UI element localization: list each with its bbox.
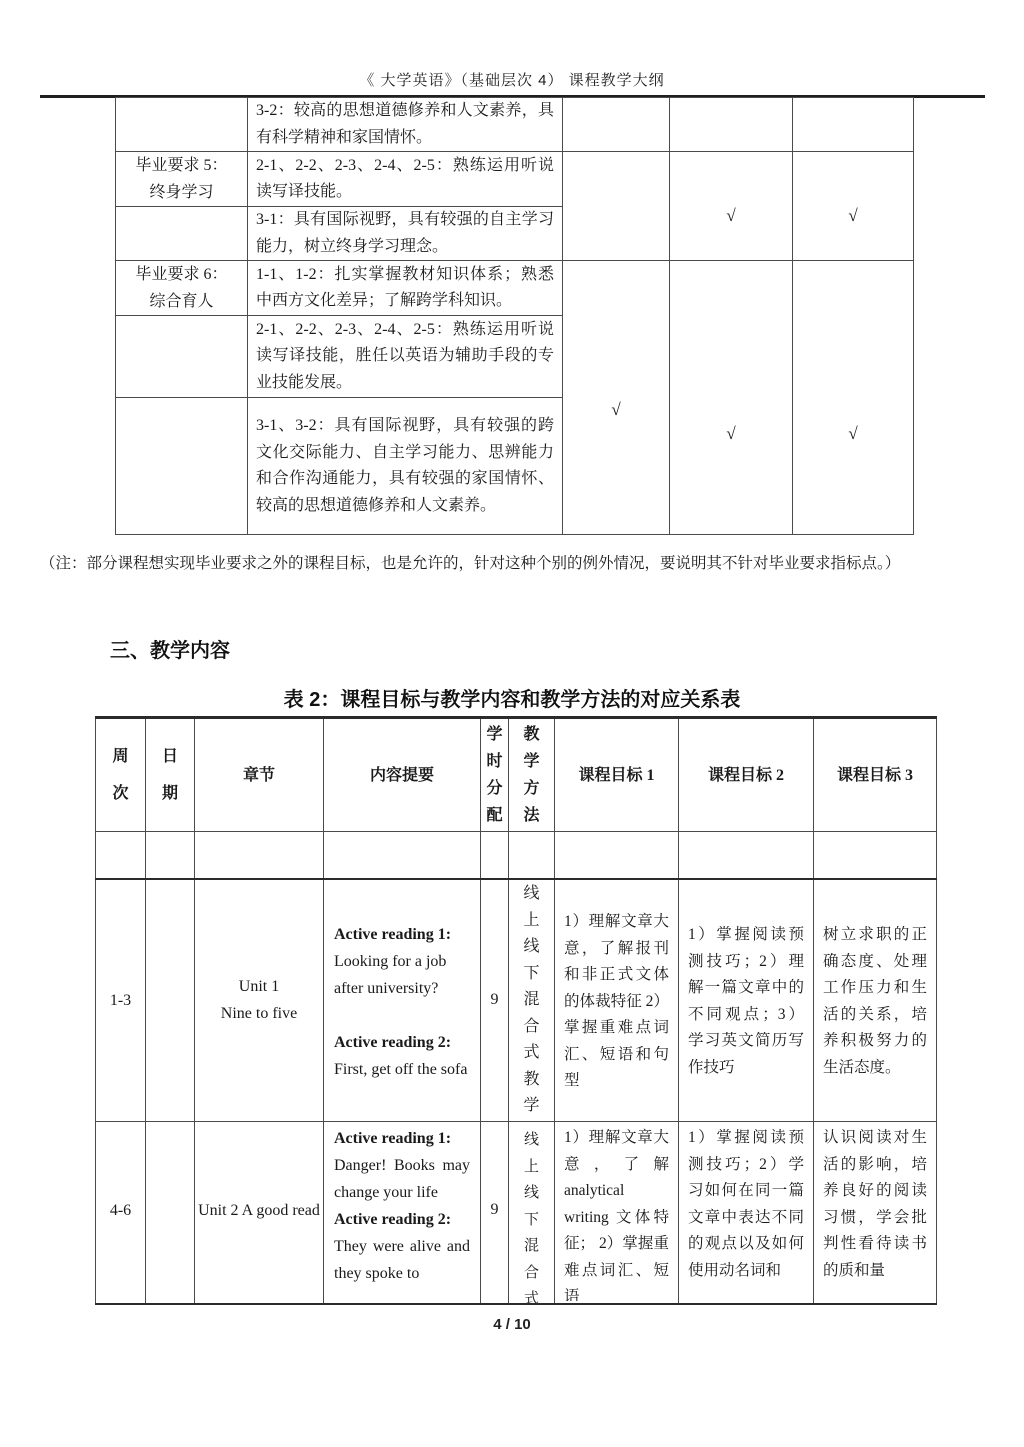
method-cell: 线 上 线 下 混 合 式 教 学 xyxy=(509,879,555,1122)
requirement-label-cell: 毕业要求 6： 综合育人 xyxy=(116,261,248,316)
reading1-title: Looking for a job after university? xyxy=(334,948,470,1002)
document-page: 《 大学英语》（基础层次 4） 课程教学大纲 3-2：较高的思想道德修养和人文素… xyxy=(0,0,1024,1447)
hours-cell: 9 xyxy=(481,879,509,1122)
goal2-cell: 1）掌握阅读预测技巧；2）学习如何在同一篇文章中表达不同的观点以及如何使用动名词… xyxy=(679,1122,814,1305)
unit2-row: 4-6 Unit 2 A good read Active reading 1:… xyxy=(96,1122,937,1305)
goal3-cell: 认识阅读对生活的影响，培养良好的阅读习惯，学会批判性看待读书的质和量 xyxy=(814,1122,937,1305)
header-cell-method: 教 学 方 法 xyxy=(509,718,555,832)
reading2-title: They were alive and they spoke to xyxy=(334,1233,470,1287)
hours-cell: 9 xyxy=(481,1122,509,1305)
reading2-heading: Active reading 2: xyxy=(334,1029,470,1056)
graduation-requirements-table: 3-2：较高的思想道德修养和人文素养，具有科学精神和家国情怀。 毕业要求 5： … xyxy=(115,97,914,535)
goal3-cell: 树立求职的正确态度、处理工作压力和生活的关系，培养积极努力的生活态度。 xyxy=(814,879,937,1122)
week-cell xyxy=(96,832,146,879)
method-text: 线 上 线 下 混 合 式 xyxy=(509,1122,554,1303)
page-number: 4 / 10 xyxy=(0,1316,1024,1333)
goal1-cell xyxy=(555,832,679,879)
goal2-text: 1）掌握阅读预测技巧；2）理解一篇文章中的不同观点；3）学习英文简历写作技巧 xyxy=(679,919,813,1081)
reading2-heading: Active reading 2: xyxy=(334,1206,470,1233)
indicator-desc-cell: 3-2：较高的思想道德修养和人文素养，具有科学精神和家国情怀。 xyxy=(248,98,563,152)
summary-cell xyxy=(324,832,481,879)
teaching-content-table: 周 次 日 期 章节 内容提要 学 时 分 配 教 学 方 法 课程目标 1 课… xyxy=(95,716,937,1305)
header-cell-hours: 学 时 分 配 xyxy=(481,718,509,832)
goal2-cell: 1）掌握阅读预测技巧；2）理解一篇文章中的不同观点；3）学习英文简历写作技巧 xyxy=(679,879,814,1122)
goal2-check-cell: √ xyxy=(670,261,793,535)
requirement-label-cell xyxy=(116,207,248,261)
chapter-cell xyxy=(195,832,324,879)
section-heading: 三、教学内容 xyxy=(110,634,230,663)
goal2-check-cell xyxy=(670,98,793,152)
hours-cell xyxy=(481,832,509,879)
goal3-cell xyxy=(814,832,937,879)
unit1-row: 1-3 Unit 1 Nine to five Active reading 1… xyxy=(96,879,937,1122)
goal3-text: 树立求职的正确态度、处理工作压力和生活的关系，培养积极努力的生活态度。 xyxy=(814,919,936,1081)
reading1-heading: Active reading 1: xyxy=(334,921,470,948)
header-cell-summary: 内容提要 xyxy=(324,718,481,832)
summary-spacer xyxy=(334,1002,470,1029)
document-header-title: 《 大学英语》（基础层次 4） 课程教学大纲 xyxy=(0,69,1024,90)
chapter-cell: Unit 2 A good read xyxy=(195,1122,324,1305)
reading2-title: First, get off the sofa xyxy=(334,1056,470,1083)
note-text: （注：部分课程想实现毕业要求之外的课程目标，也是允许的，针对这种个别的例外情况，… xyxy=(40,543,985,585)
week-cell: 1-3 xyxy=(96,879,146,1122)
header-cell-goal2: 课程目标 2 xyxy=(679,718,814,832)
goal2-check-cell: √ xyxy=(670,152,793,261)
indicator-desc-cell: 3-1、3-2：具有国际视野，具有较强的跨文化交际能力、自主学习能力、思辨能力和… xyxy=(248,398,563,535)
empty-row xyxy=(96,832,937,879)
requirement-label-cell xyxy=(116,98,248,152)
indicator-desc-cell: 2-1、2-2、2-3、2-4、2-5：熟练运用听说读写译技能，胜任以英语为辅助… xyxy=(248,316,563,398)
header-cell-date: 日 期 xyxy=(146,718,195,832)
requirement-label-cell: 毕业要求 5： 终身学习 xyxy=(116,152,248,207)
header-cell-chapter: 章节 xyxy=(195,718,324,832)
header-cell-week: 周 次 xyxy=(96,718,146,832)
reading1-title: Danger! Books may change your life xyxy=(334,1152,470,1206)
table-header-row: 周 次 日 期 章节 内容提要 学 时 分 配 教 学 方 法 课程目标 1 课… xyxy=(96,718,937,832)
summary-cell: Active reading 1: Danger! Books may chan… xyxy=(324,1122,481,1305)
header-cell-goal1: 课程目标 1 xyxy=(555,718,679,832)
week-cell: 4-6 xyxy=(96,1122,146,1305)
table2-title: 表 2：课程目标与教学内容和教学方法的对应关系表 xyxy=(0,683,1024,712)
requirement-label-cell xyxy=(116,398,248,535)
goal3-check-cell: √ xyxy=(793,152,914,261)
table-row: 3-2：较高的思想道德修养和人文素养，具有科学精神和家国情怀。 xyxy=(116,98,914,152)
goal1-cell: 1）理解文章大意，了解 analytical writing 文体特征； 2）掌… xyxy=(555,1122,679,1305)
table-row: 毕业要求 6： 综合育人 1-1、1-2：扎实掌握教材知识体系；熟悉中西方文化差… xyxy=(116,261,914,316)
reading1-heading: Active reading 1: xyxy=(334,1125,470,1152)
goal3-text: 认识阅读对生活的影响，培养良好的阅读习惯，学会批判性看待读书的质和量 xyxy=(814,1122,936,1301)
requirement-label-cell xyxy=(116,316,248,398)
method-cell: 线 上 线 下 混 合 式 xyxy=(509,1122,555,1305)
chapter-text: Unit 2 A good read xyxy=(195,1122,323,1298)
goal1-text: 1）理解文章大意，了解 analytical writing 文体特征； 2）掌… xyxy=(555,1122,678,1301)
goal3-check-cell xyxy=(793,98,914,152)
indicator-desc-cell: 3-1：具有国际视野，具有较强的自主学习能力，树立终身学习理念。 xyxy=(248,207,563,261)
date-cell xyxy=(146,832,195,879)
goal2-text: 1）掌握阅读预测技巧；2）学习如何在同一篇文章中表达不同的观点以及如何使用动名词… xyxy=(679,1122,813,1301)
date-cell xyxy=(146,879,195,1122)
week-text: 4-6 xyxy=(96,1122,145,1298)
goal1-check-cell: √ xyxy=(563,261,670,535)
table-row: 毕业要求 5： 终身学习 2-1、2-2、2-3、2-4、2-5：熟练运用听说读… xyxy=(116,152,914,207)
goal1-check-cell xyxy=(563,98,670,152)
goal1-cell: 1）理解文章大意，了解报刊和非正式文体的体裁特征 2）掌握重难点词汇、短语和句型 xyxy=(555,879,679,1122)
summary-cell: Active reading 1: Looking for a job afte… xyxy=(324,879,481,1122)
method-cell xyxy=(509,832,555,879)
goal1-text: 1）理解文章大意，了解报刊和非正式文体的体裁特征 2）掌握重难点词汇、短语和句型 xyxy=(555,906,678,1095)
header-cell-goal3: 课程目标 3 xyxy=(814,718,937,832)
hours-text: 9 xyxy=(481,1122,508,1298)
indicator-desc-cell: 1-1、1-2：扎实掌握教材知识体系；熟悉中西方文化差异；了解跨学科知识。 xyxy=(248,261,563,316)
indicator-desc-cell: 2-1、2-2、2-3、2-4、2-5：熟练运用听说读写译技能。 xyxy=(248,152,563,207)
goal2-cell xyxy=(679,832,814,879)
chapter-cell: Unit 1 Nine to five xyxy=(195,879,324,1122)
goal3-check-cell: √ xyxy=(793,261,914,535)
date-cell xyxy=(146,1122,195,1305)
goal1-check-cell xyxy=(563,152,670,261)
date-text xyxy=(146,1122,194,1298)
